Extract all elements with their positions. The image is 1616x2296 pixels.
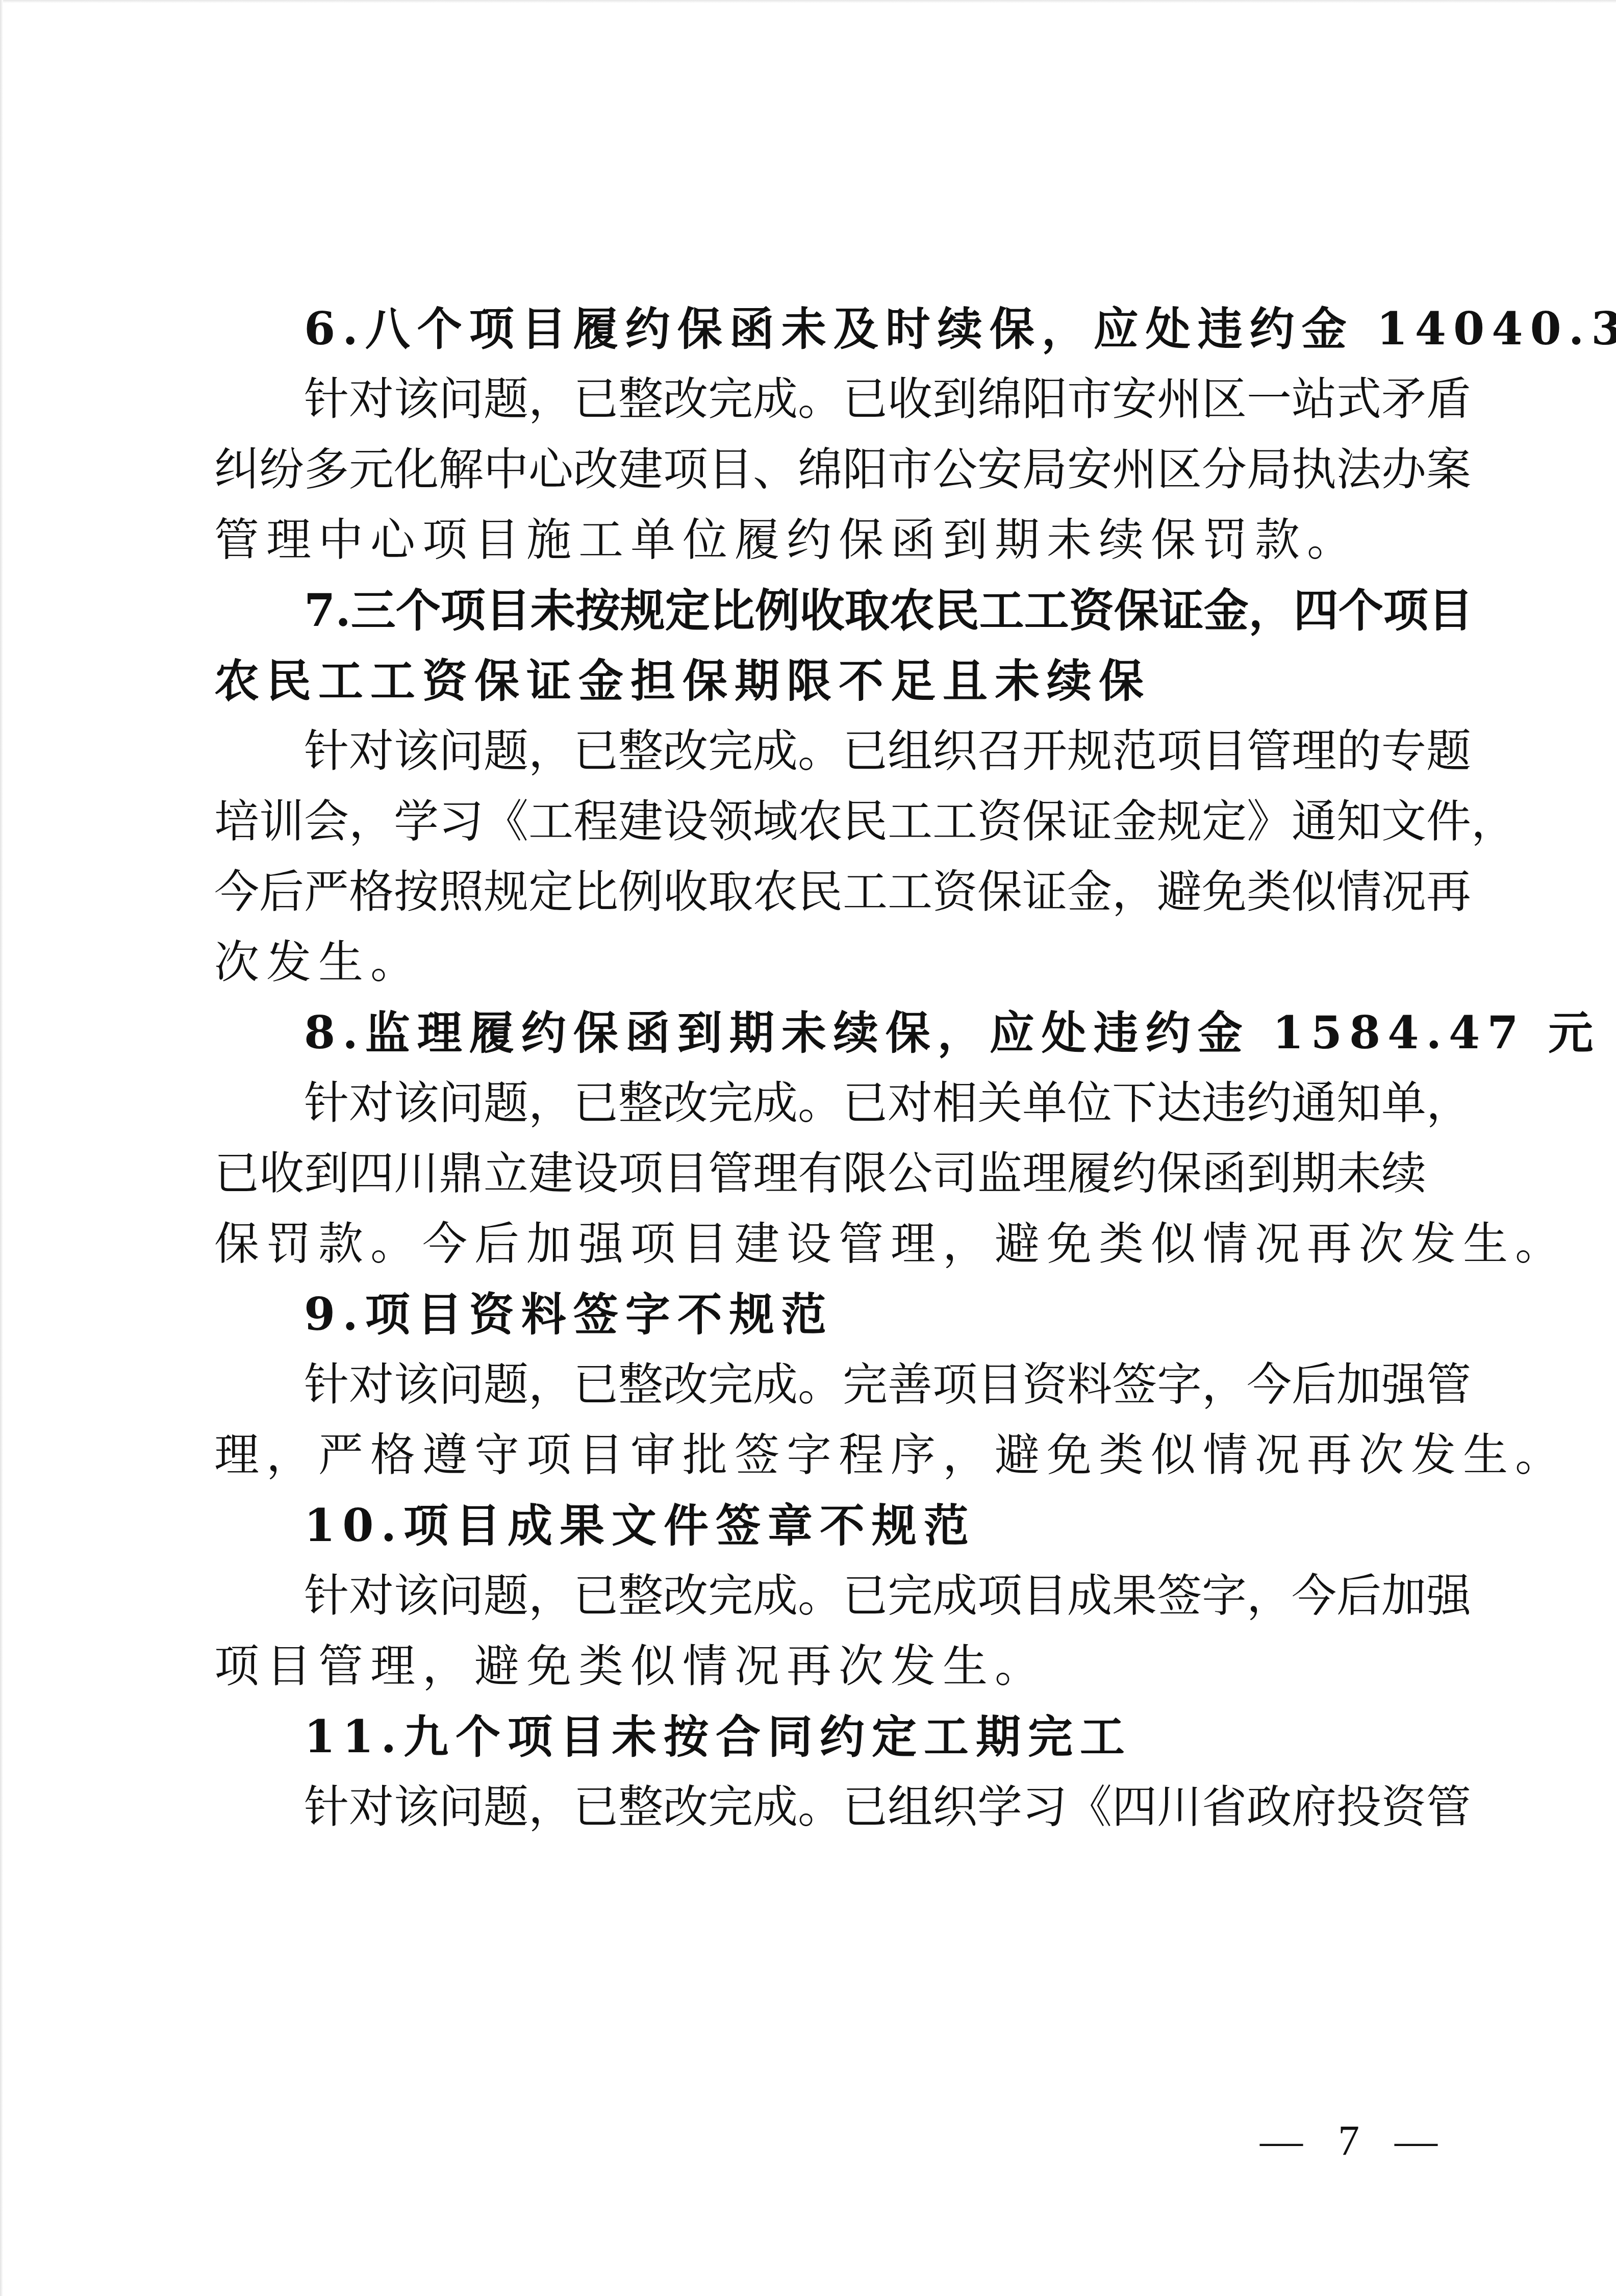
section-heading: 6.八个项目履约保函未及时续保，应处违约金 14040.31 元 [214, 293, 1418, 364]
page-edge [0, 0, 1616, 3]
paragraph-line: 管理中心项目施工单位履约保函到期未续保罚款。 [214, 504, 1418, 575]
page-number: — 7 — [1260, 2116, 1450, 2167]
paragraph-line: 针对该问题，已整改完成。已组织召开规范项目管理的专题 [214, 716, 1418, 786]
page-edge [0, 0, 3, 2296]
paragraph-line: 针对该问题，已整改完成。已对相关单位下达违约通知单， [214, 1068, 1418, 1138]
section-heading: 7.三个项目未按规定比例收取农民工工资保证金，四个项目 [214, 575, 1418, 645]
paragraph-line: 培训会，学习《工程建设领域农民工工资保证金规定》通知文件， [214, 786, 1418, 856]
paragraph-line: 针对该问题，已整改完成。完善项目资料签字，今后加强管 [214, 1349, 1418, 1420]
section-heading: 9.项目资料签字不规范 [214, 1279, 1418, 1349]
paragraph-line: 纠纷多元化解中心改建项目、绵阳市公安局安州区分局执法办案 [214, 434, 1418, 504]
paragraph-line: 理，严格遵守项目审批签字程序，避免类似情况再次发生。 [214, 1420, 1418, 1490]
paragraph-line: 项目管理，避免类似情况再次发生。 [214, 1631, 1418, 1701]
paragraph-line: 保罚款。今后加强项目建设管理，避免类似情况再次发生。 [214, 1208, 1418, 1279]
document-body: 6.八个项目履约保函未及时续保，应处违约金 14040.31 元 针对该问题，已… [214, 293, 1418, 1842]
section-heading: 8.监理履约保函到期未续保，应处违约金 1584.47 元 [214, 997, 1418, 1068]
paragraph-line: 针对该问题，已整改完成。已收到绵阳市安州区一站式矛盾 [214, 364, 1418, 434]
paragraph-line: 针对该问题，已整改完成。已组织学习《四川省政府投资管 [214, 1772, 1418, 1842]
paragraph-line: 次发生。 [214, 927, 1418, 997]
section-heading: 农民工工资保证金担保期限不足且未续保 [214, 645, 1418, 716]
paragraph-line: 已收到四川鼎立建设项目管理有限公司监理履约保函到期未续 [214, 1138, 1418, 1208]
section-heading: 10.项目成果文件签章不规范 [214, 1490, 1418, 1560]
section-heading: 11.九个项目未按合同约定工期完工 [214, 1701, 1418, 1772]
paragraph-line: 针对该问题，已整改完成。已完成项目成果签字，今后加强 [214, 1560, 1418, 1631]
paragraph-line: 今后严格按照规定比例收取农民工工资保证金，避免类似情况再 [214, 856, 1418, 927]
